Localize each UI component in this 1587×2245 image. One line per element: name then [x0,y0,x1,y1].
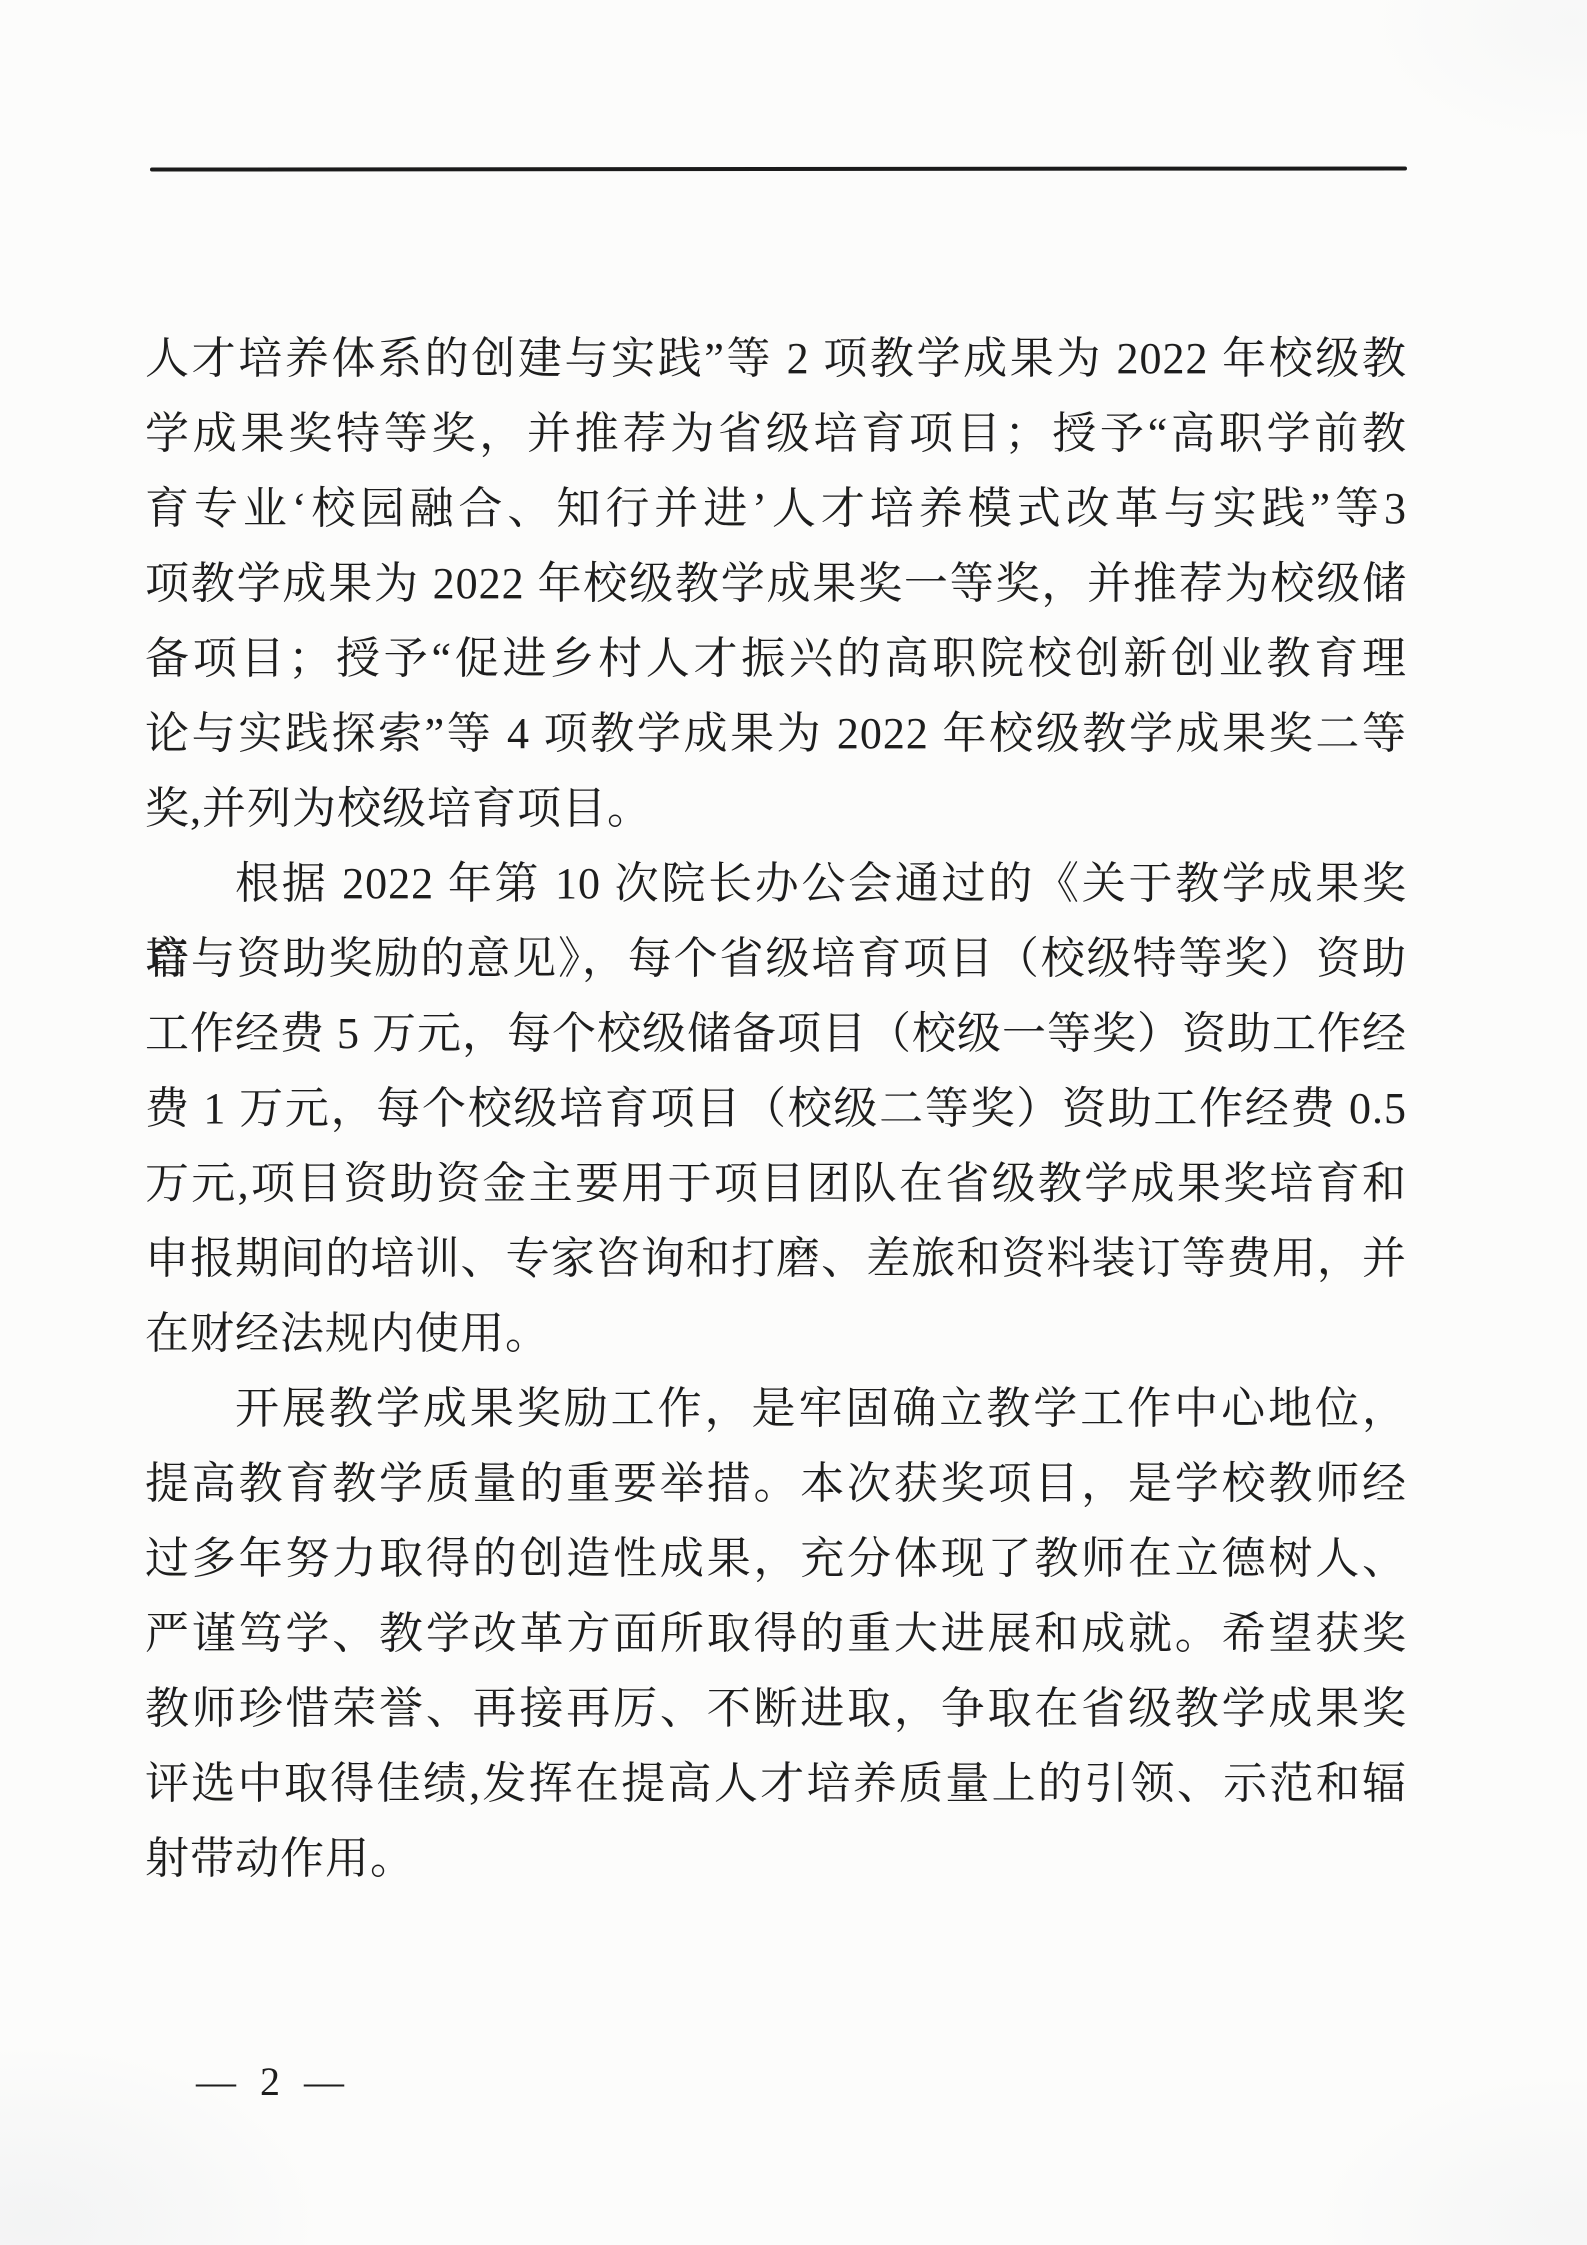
text-line: 在财经法规内使用。 [145,1296,1407,1371]
text-line: 万元,项目资助资金主要用于项目团队在省级教学成果奖培育和 [145,1146,1407,1221]
text-line: 育专业‘校园融合、知行并进’人才培养模式改革与实践”等3 [145,471,1407,546]
text-line: 教师珍惜荣誉、再接再厉、不断进取，争取在省级教学成果奖 [145,1671,1407,1746]
text-line: 工作经费 5 万元，每个校级储备项目（校级一等奖）资助工作经 [145,996,1407,1071]
text-line: 论与实践探索”等 4 项教学成果为 2022 年校级教学成果奖二等 [145,696,1407,771]
header-rule [150,166,1407,171]
text-line: 费 1 万元，每个校级培育项目（校级二等奖）资助工作经费 0.5 [145,1071,1407,1146]
text-line: 学成果奖特等奖，并推荐为省级培育项目；授予“高职学前教 [145,396,1407,471]
text-line: 备项目；授予“促进乡村人才振兴的高职院校创新创业教育理 [145,621,1407,696]
document-body: 人才培养体系的创建与实践”等 2 项教学成果为 2022 年校级教学成果奖特等奖… [145,321,1407,1896]
text-line: 射带动作用。 [145,1821,1407,1896]
text-line: 申报期间的培训、专家咨询和打磨、差旅和资料装订等费用，并 [145,1221,1407,1296]
text-line: 根据 2022 年第 10 次院长办公会通过的《关于教学成果奖培 [145,846,1407,921]
text-line: 评选中取得佳绩,发挥在提高人才培养质量上的引领、示范和辐 [145,1746,1407,1821]
document-page: 人才培养体系的创建与实践”等 2 项教学成果为 2022 年校级教学成果奖特等奖… [0,0,1587,2245]
text-line: 提高教育教学质量的重要举措。本次获奖项目，是学校教师经 [145,1446,1407,1521]
text-line: 严谨笃学、教学改革方面所取得的重大进展和成就。希望获奖 [145,1596,1407,1671]
text-line: 开展教学成果奖励工作，是牢固确立教学工作中心地位， [145,1371,1407,1446]
text-line: 奖,并列为校级培育项目。 [145,771,1407,846]
text-line: 项教学成果为 2022 年校级教学成果奖一等奖，并推荐为校级储 [145,546,1407,621]
text-line: 人才培养体系的创建与实践”等 2 项教学成果为 2022 年校级教 [145,321,1407,396]
page-number: — 2 — [196,2058,351,2105]
text-line: 过多年努力取得的创造性成果，充分体现了教师在立德树人、 [145,1521,1407,1596]
text-line: 育与资助奖励的意见》，每个省级培育项目（校级特等奖）资助 [145,921,1407,996]
